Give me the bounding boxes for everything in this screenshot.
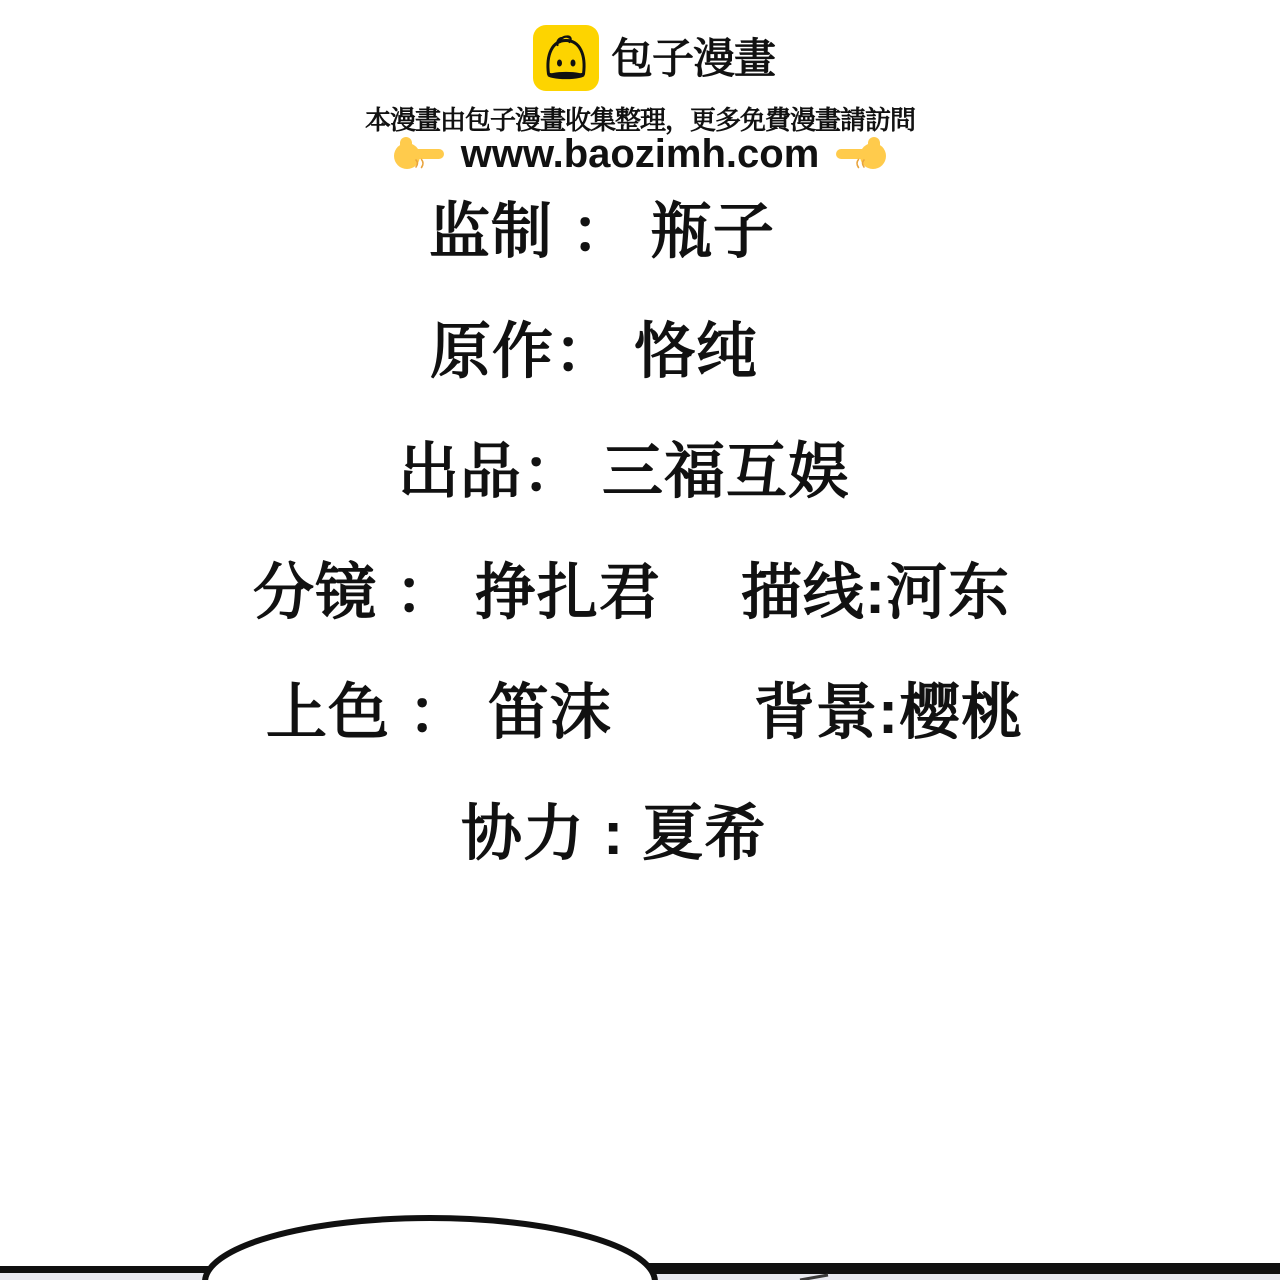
credit-line-supervisor: 监制 ： 瓶子	[429, 197, 775, 265]
next-panel-top-artwork	[0, 1200, 1280, 1280]
baozi-logo-icon	[533, 25, 599, 91]
comic-credits-page: 包子漫畫 本漫畫由包子漫畫收集整理，更多免費漫畫請訪問 www.baozimh.…	[0, 0, 1280, 1280]
site-title: 包子漫畫	[611, 34, 775, 84]
pointing-left-hand-icon	[835, 135, 889, 173]
site-url-row: www.baozimh.com	[0, 130, 1280, 178]
head-arc-fill	[205, 1218, 655, 1280]
panel-border-left	[0, 1266, 240, 1273]
pointing-right-hand-icon	[391, 135, 445, 173]
credit-line-assistance: 协力 : 夏希	[461, 799, 766, 867]
credit-line-original-author: 原作： 恪纯	[430, 317, 758, 385]
credit-line-producer: 出品： 三福互娱	[398, 437, 850, 505]
site-url: www.baozimh.com	[461, 130, 820, 178]
credit-line-storyboard-lineart: 分镜 ： 挣扎君 描线:河东	[253, 558, 1010, 626]
panel-border-right	[645, 1263, 1280, 1274]
credit-line-coloring-background: 上色 ： 笛沫 背景:樱桃	[266, 678, 1023, 746]
